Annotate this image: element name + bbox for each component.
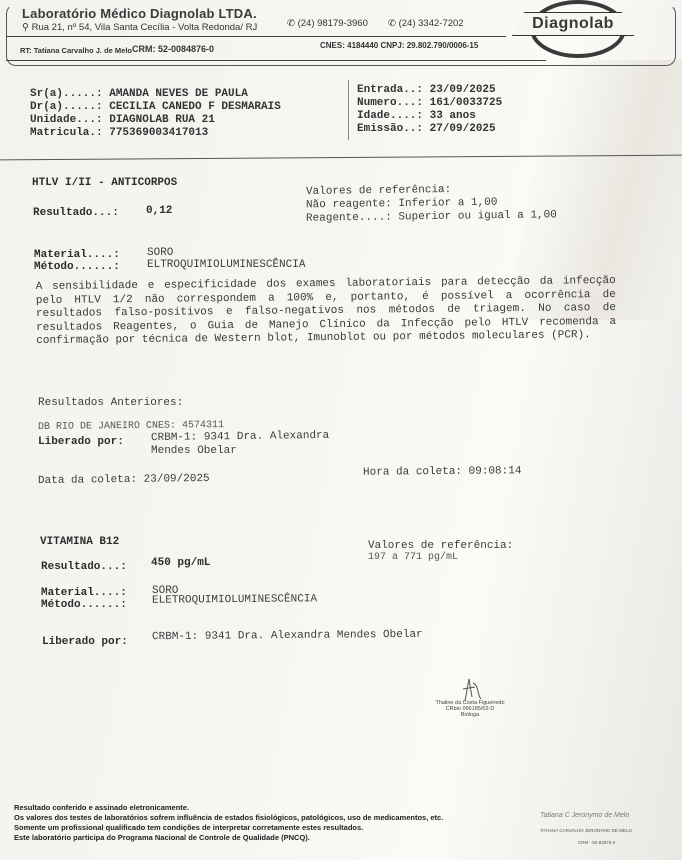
patient-field: Entrada..: 23/09/2025: [357, 84, 502, 97]
reference-line: Reagente....: Superior ou igual a 1,00: [306, 209, 557, 225]
lab-address: ⚲ Rua 21, nº 54, Vila Santa Cecília - Vo…: [22, 22, 257, 33]
rt-crm: CRM: 52-0084876-0: [132, 44, 214, 54]
patient-info-right: Entrada..: 23/09/2025Numero...: 161/0033…: [357, 84, 502, 136]
patient-field: Dr(a).....: CECILIA CANEDO F DESMARAIS: [30, 101, 281, 114]
rt-signature: Tatiana C Jeronymo de Melo: [540, 812, 629, 819]
patient-info-divider: [348, 80, 349, 140]
material-value: SORO: [147, 247, 173, 259]
exam-title-htlv: HTLV I/II - ANTICORPOS: [32, 177, 177, 189]
result-label: Resultado...:: [41, 561, 127, 573]
released-label: Liberado por:: [38, 436, 124, 448]
patient-field: Sr(a).....: AMANDA NEVES DE PAULA: [30, 88, 281, 101]
reference-line: Não reagente: Inferior a 1,00: [306, 197, 498, 212]
previous-results-label: Resultados Anteriores:: [38, 397, 183, 409]
patient-info-left: Sr(a).....: AMANDA NEVES DE PAULADr(a)..…: [30, 88, 281, 140]
rt-crm-footer: CRM - 52-84876-0: [578, 840, 615, 845]
method-label: Método......:: [41, 599, 127, 611]
landline-phone: ✆ (24) 3342-7202: [388, 18, 464, 29]
header-divider: [6, 36, 506, 37]
result-value-b12: 450 pg/mL: [151, 557, 210, 569]
whatsapp-phone: ✆ (24) 98179-3960: [287, 18, 368, 29]
material-label: Material....:: [41, 587, 127, 599]
result-value-htlv: 0,12: [146, 205, 172, 217]
diagnolab-logo: Diagnolab: [512, 12, 634, 36]
method-value: ELETROQUIMIOLUMINESCÊNCIA: [152, 593, 317, 606]
reference-title: Valores de referência:: [306, 184, 451, 198]
signatory: Thaline da Costa Figueiredo CRbio 096185…: [424, 700, 516, 718]
patient-field: Unidade...: DIAGNOLAB RUA 21: [30, 114, 281, 127]
logo-text: Diagnolab: [532, 15, 614, 33]
signature-icon: [455, 675, 485, 703]
patient-field: Matricula.: 775369003417013: [30, 127, 281, 140]
collection-time: Hora da coleta: 09:08:14: [363, 465, 522, 478]
map-pin-icon: ⚲: [22, 22, 29, 33]
released-value: CRBM-1: 9341 Dra. Alexandra Mendes Obela…: [152, 629, 423, 643]
collection-date: Data da coleta: 23/09/2025: [38, 473, 210, 487]
released-value-cont: Mendes Obelar: [151, 445, 237, 457]
section-divider: [0, 155, 682, 161]
phone-icon: ✆: [388, 18, 396, 29]
released-label: Liberado por:: [42, 636, 128, 648]
rt-name: TATIANA CARVALHO JERONYMO DE MELO: [540, 828, 632, 833]
result-label: Resultado...:: [33, 207, 119, 219]
patient-field: Numero...: 161/0033725: [357, 97, 502, 110]
reference-line: 197 a 771 pg/mL: [368, 552, 458, 563]
released-value: CRBM-1: 9341 Dra. Alexandra: [151, 430, 329, 444]
exam-title-b12: VITAMINA B12: [40, 536, 119, 548]
cnes-cnpj: CNES: 4184440 CNPJ: 29.802.790/0006-15: [320, 41, 478, 50]
patient-field: Idade....: 33 anos: [357, 110, 502, 123]
footer-disclaimer: Resultado conferido e assinado eletronic…: [14, 803, 443, 843]
rt-info: RT: Tatiana Carvalho J. de Melo: [20, 46, 132, 55]
method-label: Método......:: [34, 261, 120, 273]
whatsapp-icon: ✆: [287, 18, 295, 29]
material-label: Material....:: [34, 249, 120, 261]
htlv-note: A sensibilidade e especificidade dos exa…: [36, 275, 617, 349]
reference-title: Valores de referência:: [368, 540, 513, 552]
patient-field: Emissão..: 27/09/2025: [357, 123, 502, 136]
method-value: ELTROQUIMIOLUMINESCÊNCIA: [147, 259, 305, 271]
lab-name: Laboratório Médico Diagnolab LTDA.: [22, 6, 257, 21]
header-divider-bottom: [6, 60, 546, 61]
